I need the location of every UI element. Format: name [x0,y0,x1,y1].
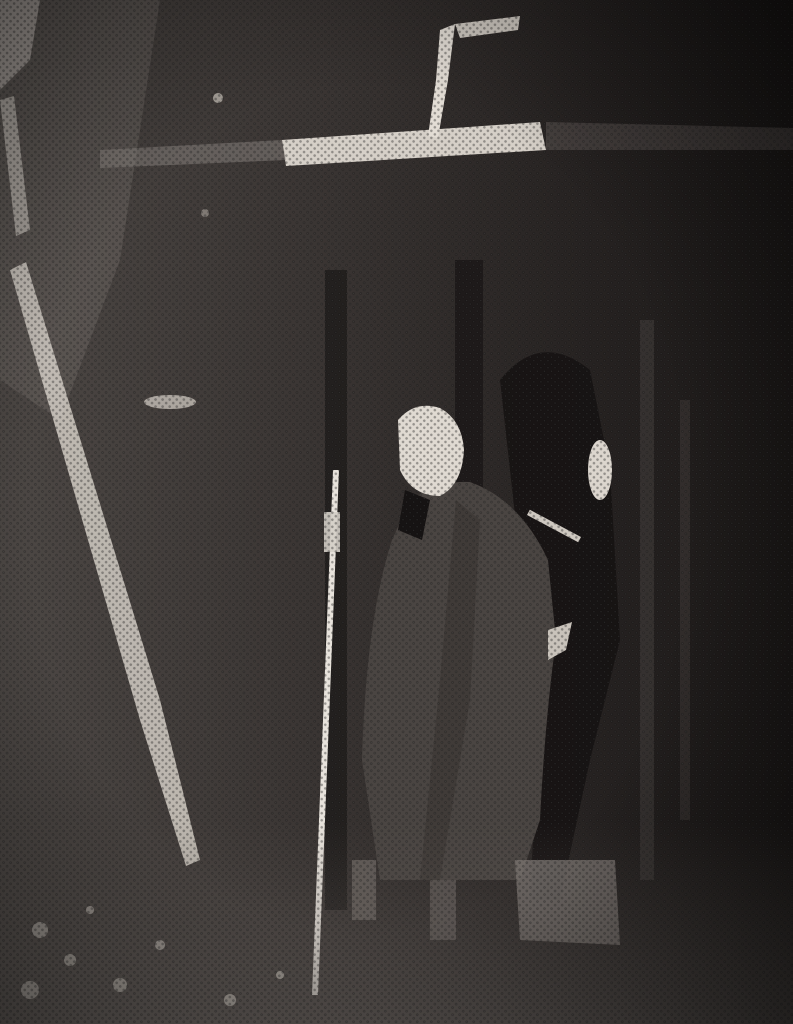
photo-scene [0,0,793,1024]
halftone-photograph [0,0,793,1024]
